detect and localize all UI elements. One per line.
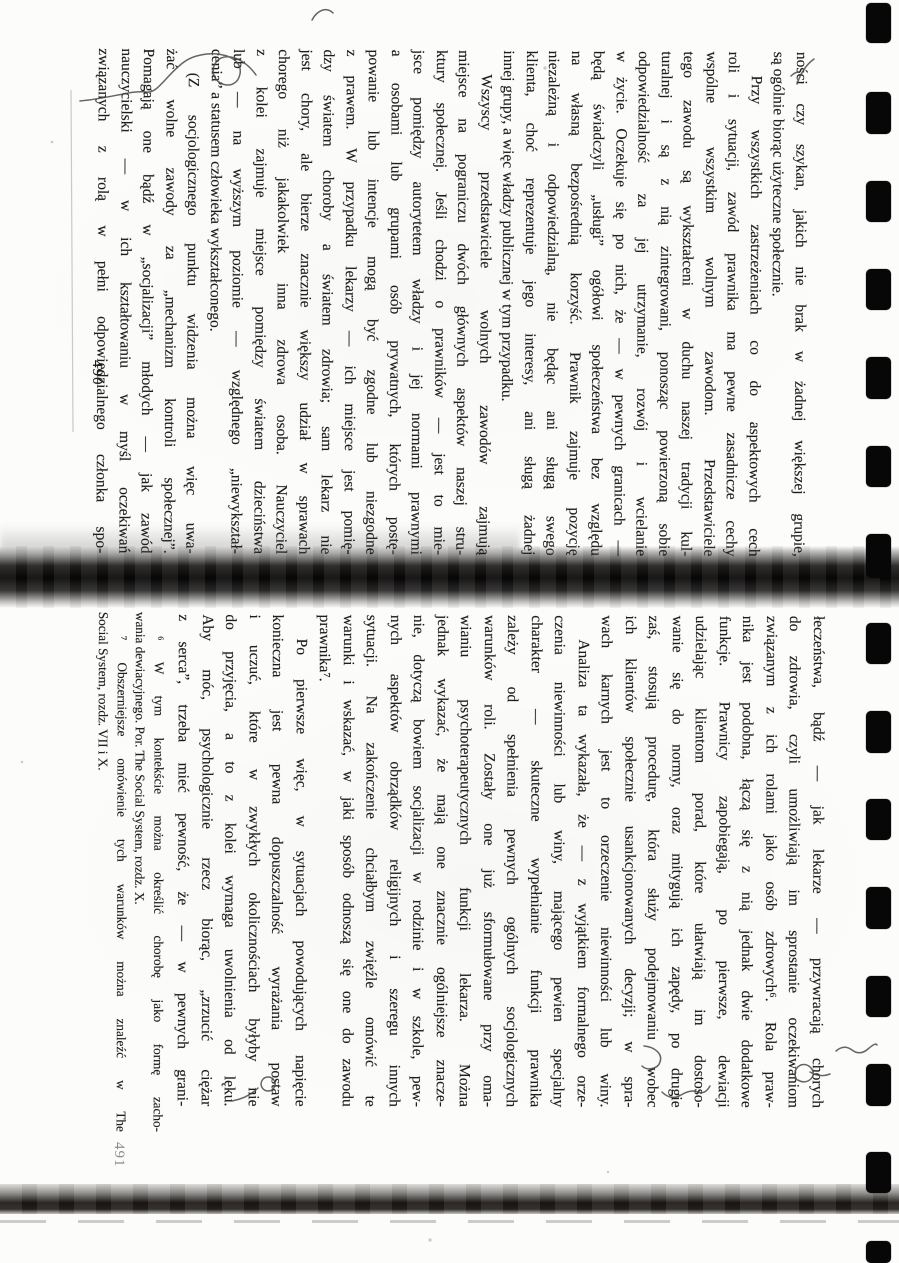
pen-stroke-top-edge-icon — [312, 10, 333, 20]
dust-speck — [543, 66, 546, 69]
pen-circle-doodle-icon — [232, 1077, 275, 1101]
dust-speck — [428, 1238, 431, 1241]
marginalia-overlay — [0, 0, 899, 1263]
pen-squiggle-after-dewiacji-icon — [662, 1086, 710, 1097]
pen-curl-after-winy-icon — [642, 1046, 661, 1069]
pen-swirl-after-praw-icon — [795, 1065, 830, 1082]
pen-squiggle-after-chorych-icon — [836, 1044, 877, 1053]
dust-speck — [607, 1171, 609, 1173]
scanned-document-page: ności czy szykan, jakich nie brak w żadn… — [0, 0, 899, 1263]
pen-tick-icon — [791, 59, 814, 84]
dust-speck — [51, 141, 54, 144]
dust-speck — [21, 761, 24, 764]
paper-crease-line-icon — [71, 90, 73, 432]
pen-scribble-loops-icon — [80, 54, 256, 101]
